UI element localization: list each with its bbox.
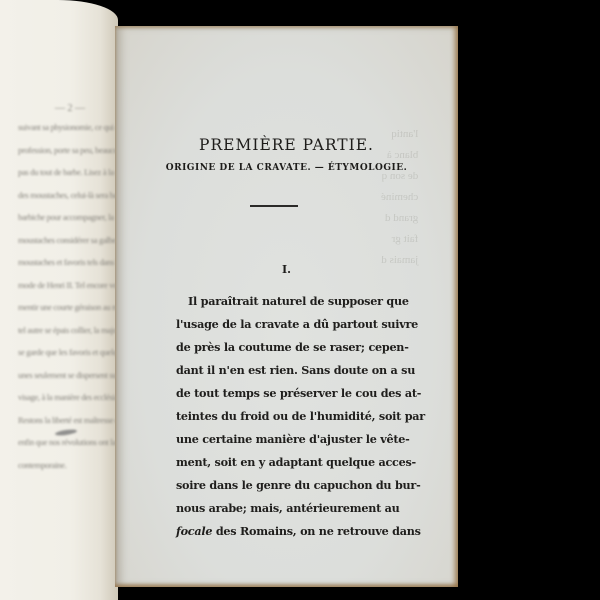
left-page-folio: — 2 —	[55, 103, 85, 114]
left-line: contemporaine.	[18, 454, 118, 477]
left-line: moustaches et favoris tels dans la	[18, 251, 118, 274]
body-line: teintes du froid ou de l'humidité, soit …	[176, 405, 376, 428]
part-subtitle: ORIGINE DE LA CRAVATE. — ÉTYMOLOGIE.	[115, 163, 458, 173]
left-page: — 2 — suivant sa physionomie, ce qui en …	[0, 0, 118, 600]
italic-word: focale	[176, 524, 212, 538]
body-line: une certaine manière d'ajuster le vête-	[176, 428, 376, 451]
part-title: PREMIÈRE PARTIE.	[115, 136, 458, 154]
left-line: mode de Henri II. Tel encore vou-	[18, 274, 118, 297]
body-line: de près la coutume de se raser; cepen-	[176, 336, 376, 359]
left-line: pas du tout de barbe. Lisez à la que	[18, 161, 118, 184]
body-line: Il paraîtrait naturel de supposer que	[176, 290, 376, 313]
left-line: suivant sa physionomie, ce qui en sa	[18, 116, 118, 139]
body-line: soire dans le genre du capuchon du bur-	[176, 474, 376, 497]
body-line: ment, soit en y adaptant quelque acces-	[176, 451, 376, 474]
left-line: barbiche pour accompagner, la	[18, 206, 118, 229]
body-line: l'usage de la cravate a dû partout suivr…	[176, 313, 376, 336]
left-line: se garde que les favoris et quelques-	[18, 341, 118, 364]
right-page: l'antiq blanc à de son q cheminé grand d…	[115, 26, 458, 587]
left-line: unes seulement se dispersent sur le	[18, 364, 118, 387]
left-line: visage, à la manière des ecclésiastiques…	[18, 386, 118, 409]
section-rule	[250, 205, 298, 207]
left-line: des moustaches, celui-là sera barb	[18, 184, 118, 207]
body-line: nous arabe; mais, antérieurement au	[176, 497, 376, 520]
body-line: dant il n'en est rien. Sans doute on a s…	[176, 359, 376, 382]
body-line: de tout temps se préserver le cou des at…	[176, 382, 376, 405]
left-page-text: suivant sa physionomie, ce qui en sa pro…	[18, 116, 118, 476]
left-line: mentir une courte géraison au menton,	[18, 296, 118, 319]
body-text: Il paraîtrait naturel de supposer que l'…	[176, 290, 376, 543]
left-line: moustaches considérer sa galbe bon, lest…	[18, 229, 118, 252]
body-line-last: focale des Romains, on ne retrouve dans	[176, 520, 376, 543]
left-line: tel autre se épais collier, la majori	[18, 319, 118, 342]
left-line: profession, porte sa peu, beaucoup ou	[18, 139, 118, 162]
left-line: Restons la liberté est maîtresse de barb…	[18, 409, 118, 432]
section-number: I.	[115, 263, 458, 276]
